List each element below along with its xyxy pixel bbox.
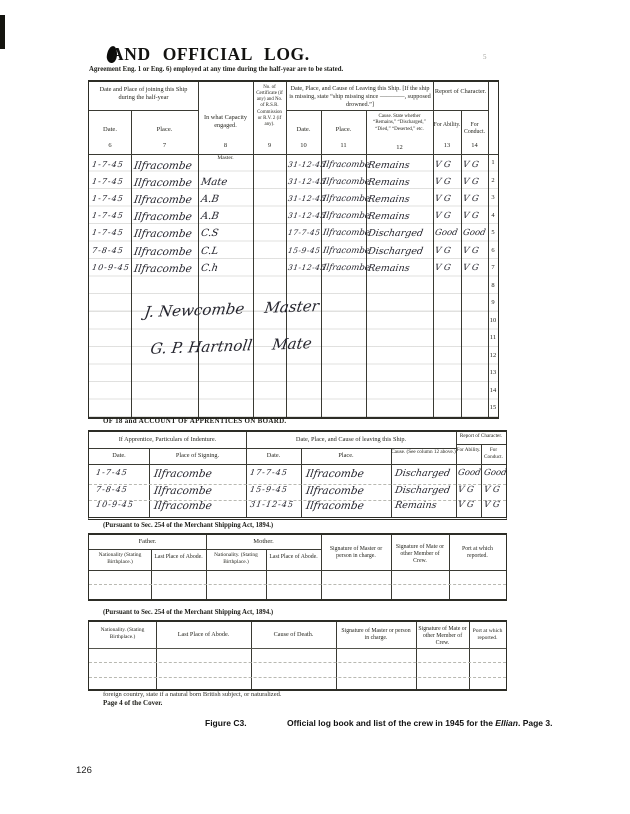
cell-cause: Discharged <box>367 228 424 239</box>
cell-ability: Good <box>434 228 458 238</box>
header-joining-group: Date and Place of joining this Ship duri… <box>91 86 196 102</box>
colnum-11: 11 <box>321 142 366 149</box>
header-master-signature: Signature of Master or person in charge. <box>341 628 411 642</box>
cell-ability: V G <box>434 263 451 273</box>
cell-capacity: C.L <box>200 246 219 257</box>
colnum-8: 8 <box>199 142 252 149</box>
row-number: 12 <box>488 352 498 359</box>
parents-table: Father. Mother. Nationality (Stating Bir… <box>88 533 507 601</box>
footnote-page-of-cover: Page 4 of the Cover. <box>103 699 162 707</box>
cell-date-left: 17-7-45 <box>287 228 321 237</box>
colnum-10: 10 <box>286 142 321 149</box>
signature-role: Master <box>263 297 320 317</box>
cell-place-left: Ilfracombe <box>322 263 370 273</box>
cell-date-joined: 1-7-45 <box>91 194 124 203</box>
colnum-13: 13 <box>433 142 461 149</box>
cell-place-left: Ilfracombe <box>322 246 370 256</box>
header-place-joined: Place. <box>131 126 198 134</box>
cell-date-left: 31-12-45 <box>287 194 326 203</box>
row-number: 15 <box>488 404 498 411</box>
cell-ability: Good <box>457 468 481 478</box>
cell-place-joined: Ilfracombe <box>133 194 193 206</box>
cell-ability: V G <box>434 177 451 187</box>
header-date-joined: Date. <box>89 126 131 134</box>
cell-ability: V G <box>434 246 451 256</box>
cell-date-left: 17-7-45 <box>249 468 288 477</box>
colnum-12: 12 <box>366 144 433 151</box>
header-mother-nationality: Nationality. (Stating Birthplace.) <box>207 552 265 566</box>
cell-date-left: 31-12-45 <box>249 500 294 509</box>
scan-edge-mark <box>0 15 5 49</box>
header-father-nationality: Nationality (Stating Birthplace.) <box>90 552 150 566</box>
cell-date-left: 31-12-45 <box>287 263 326 272</box>
cell-capacity: C.S <box>200 228 219 239</box>
header-leaving-group: Date, Place, and Cause of leaving this S… <box>246 436 456 444</box>
pursuant-note-deaths: (Pursuant to Sec. 254 of the Merchant Sh… <box>103 609 273 616</box>
apprentice-table: If Apprentice, Particulars of Indenture.… <box>88 430 507 520</box>
cell-capacity: A.B <box>200 194 219 205</box>
header-capacity: In what Capacity engaged. <box>199 114 252 130</box>
cell-capacity: A.B <box>200 211 219 222</box>
header-port-reported: Port at which reported. <box>452 546 503 560</box>
cell-place-joined: Ilfracombe <box>133 263 193 275</box>
death-table: Nationality. (Stating Birthplace.) Last … <box>88 620 507 691</box>
cell-place-joined: Ilfracombe <box>133 228 193 240</box>
cell-date-joined: 10-9-45 <box>91 263 130 272</box>
colnum-9: 9 <box>253 142 286 149</box>
apprentice-section-title: OF 18 and ACCOUNT OF APPRENTICES ON BOAR… <box>103 417 286 425</box>
cell-place-left: Ilfracombe <box>305 500 365 512</box>
corner-artifact: 5 <box>483 53 487 61</box>
header-mother-abode: Last Place of Abode. <box>266 554 321 561</box>
cell-conduct: V G <box>462 194 479 204</box>
pursuant-note-births: (Pursuant to Sec. 254 of the Merchant Sh… <box>103 522 273 529</box>
header-cause: Cause. (See column 12 above.) <box>391 449 456 456</box>
header-cause: Cause. State whether “Remains,” “Dischar… <box>368 114 431 133</box>
row-number: 13 <box>488 369 498 376</box>
cell-place-left: Ilfracombe <box>322 160 370 170</box>
cell-date-signed: 1-7-45 <box>95 468 128 477</box>
page-subtitle: Agreement Eng. 1 or Eng. 6) employed at … <box>89 66 343 73</box>
signature-role: Mate <box>271 334 313 353</box>
table-row: 1-7-45 Ilfracombe A.B 31-12-45 Ilfracomb… <box>89 194 495 211</box>
cell-cause: Remains <box>367 177 410 188</box>
cell-conduct: V G <box>483 485 500 495</box>
cell-date-joined: 1-7-45 <box>91 177 124 186</box>
cell-cause: Discharged <box>367 246 424 257</box>
cell-place-joined: Ilfracombe <box>133 177 193 189</box>
header-port-reported: Port at which reported. <box>470 628 505 642</box>
cell-cause: Remains <box>367 194 410 205</box>
cell-ability: V G <box>434 211 451 221</box>
cell-place-left: Ilfracombe <box>322 194 370 204</box>
table-row: 10-9-45 Ilfracombe 31-12-45 Ilfracombe R… <box>89 500 503 515</box>
header-certificate: No. of Certificate (if any) and No. of R… <box>255 85 284 128</box>
cell-conduct: V G <box>462 211 479 221</box>
header-report-group: Report of Character. <box>434 88 487 96</box>
page-title: AND OFFICIAL LOG. <box>111 44 310 65</box>
caption-text-before: Official log book and list of the crew i… <box>287 718 495 728</box>
cell-capacity: C.h <box>200 263 219 274</box>
cell-conduct: V G <box>462 160 479 170</box>
table-row: 1-7-45 Ilfracombe Mate 31-12-45 Ilfracom… <box>89 177 495 194</box>
cell-date-joined: 7-8-45 <box>91 246 124 255</box>
figure-caption-text: Official log book and list of the crew i… <box>287 718 552 728</box>
table-row: 7-8-45 Ilfracombe C.L 15-9-45 Ilfracombe… <box>89 246 495 263</box>
table-row: 10-9-45 Ilfracombe C.h 31-12-45 Ilfracom… <box>89 263 495 280</box>
header-place-signing: Place of Signing. <box>149 452 246 460</box>
header-cause-of-death: Cause of Death. <box>251 631 336 639</box>
cell-place-left: Ilfracombe <box>322 228 370 238</box>
cell-date-joined: 1-7-45 <box>91 160 124 169</box>
table-row: 1-7-45 Ilfracombe A.B 31-12-45 Ilfracomb… <box>89 211 495 228</box>
header-ability: For Ability. <box>433 122 461 129</box>
header-mate-signature: Signature of Mate or other Member of Cre… <box>418 626 467 648</box>
cell-place-left: Ilfracombe <box>305 485 365 497</box>
row-number: 14 <box>488 387 498 394</box>
cell-place-joined: Ilfracombe <box>133 211 193 223</box>
cell-date-joined: 1-7-45 <box>91 228 124 237</box>
cell-cause: Discharged <box>394 485 451 496</box>
header-father-group: Father. <box>89 538 206 546</box>
cell-conduct: V G <box>462 177 479 187</box>
row-number: 11 <box>488 334 498 341</box>
cell-date-signed: 7-8-45 <box>95 485 128 494</box>
header-ability: For Ability. <box>456 447 481 454</box>
cell-cause: Remains <box>367 263 410 274</box>
cell-place-left: Ilfracombe <box>305 468 365 480</box>
cell-place-signing: Ilfracombe <box>153 468 213 480</box>
row-number: 8 <box>488 282 498 289</box>
table-row: 1-7-45 Ilfracombe C.S 17-7-45 Ilfracombe… <box>89 228 495 245</box>
header-abode: Last Place of Abode. <box>156 631 251 639</box>
header-nationality: Nationality. (Stating Birthplace.) <box>91 627 154 641</box>
cell-cause: Remains <box>367 211 410 222</box>
cell-capacity: Mate <box>200 177 228 188</box>
header-report-group: Report of Character. <box>456 433 506 440</box>
header-place-left: Place. <box>321 126 366 134</box>
cell-conduct: Good <box>483 468 507 478</box>
header-mate-signature: Signature of Mate or other Member of Cre… <box>394 544 446 566</box>
cell-cause: Remains <box>394 500 437 511</box>
header-conduct: For Conduct. <box>481 447 506 460</box>
table-row: 1-7-45 Ilfracombe 17-7-45 Ilfracombe Dis… <box>89 468 503 483</box>
cell-date-joined: 1-7-45 <box>91 211 124 220</box>
cell-date-left: 31-12-45 <box>287 211 326 220</box>
cell-place-joined: Ilfracombe <box>133 246 193 258</box>
row-number: 9 <box>488 299 498 306</box>
header-leaving-group: Date, Place, and Cause of Leaving this S… <box>289 85 431 108</box>
cell-conduct: V G <box>462 263 479 273</box>
cell-date-signed: 10-9-45 <box>95 500 134 509</box>
footnote-foreign-country: foreign country, state if a natural born… <box>103 691 281 698</box>
header-place-left: Place. <box>301 452 391 460</box>
cell-ability: V G <box>434 160 451 170</box>
header-indenture-group: If Apprentice, Particulars of Indenture. <box>89 436 246 444</box>
cell-place-joined: Ilfracombe <box>133 160 193 172</box>
header-master-signature: Signature of Master or person in charge. <box>324 546 388 560</box>
book-page: { "page": { "number": "126", "corner_mar… <box>0 0 630 814</box>
header-mother-group: Mother. <box>206 538 321 546</box>
cell-place-signing: Ilfracombe <box>153 485 213 497</box>
figure-caption-label: Figure C3. <box>205 718 247 728</box>
page-number: 126 <box>76 765 92 776</box>
caption-text-after: . Page 3. <box>518 718 553 728</box>
cell-place-left: Ilfracombe <box>322 177 370 187</box>
row-number: 10 <box>488 317 498 324</box>
colnum-7: 7 <box>131 142 198 149</box>
cell-cause: Discharged <box>394 468 451 479</box>
cell-ability: V G <box>457 500 474 510</box>
colnum-6: 6 <box>89 142 131 149</box>
ship-name: Ellian <box>495 718 518 728</box>
table-row: 7-8-45 Ilfracombe 15-9-45 Ilfracombe Dis… <box>89 485 503 500</box>
cell-ability: V G <box>434 194 451 204</box>
cell-ability: V G <box>457 485 474 495</box>
cell-conduct: V G <box>462 246 479 256</box>
cell-place-signing: Ilfracombe <box>153 500 213 512</box>
signature-name: J. Newcombe <box>143 300 245 321</box>
cell-date-left: 15-9-45 <box>287 246 321 255</box>
header-date-left: Date. <box>246 452 301 460</box>
crew-log-table: Date and Place of joining this Ship duri… <box>88 80 499 419</box>
colnum-14: 14 <box>461 142 488 149</box>
signature-name: G. P. Hartnoll <box>149 336 253 358</box>
cell-conduct: Good <box>462 228 486 238</box>
header-date-left: Date. <box>286 126 321 134</box>
header-conduct: For Conduct. <box>461 122 488 136</box>
header-date-signed: Date. <box>89 452 149 460</box>
table-row: 1-7-45 Ilfracombe 31-12-45 Ilfracombe Re… <box>89 160 495 177</box>
cell-cause: Remains <box>367 160 410 171</box>
cell-place-left: Ilfracombe <box>322 211 370 221</box>
cell-date-left: 31-12-45 <box>287 160 326 169</box>
cell-conduct: V G <box>483 500 500 510</box>
cell-date-left: 31-12-45 <box>287 177 326 186</box>
header-father-abode: Last Place of Abode. <box>151 554 206 561</box>
cell-date-left: 15-9-45 <box>249 485 288 494</box>
